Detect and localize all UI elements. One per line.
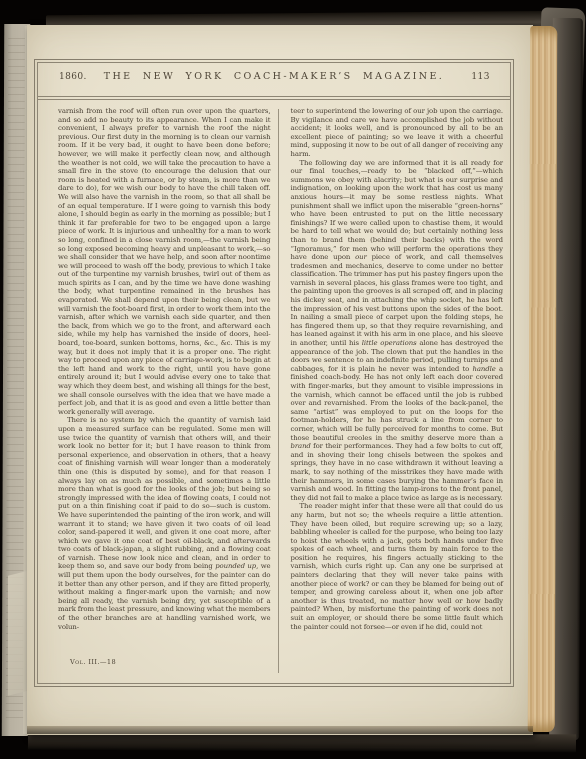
page-border-frame-inner: 1860. THE NEW YORK COACH-MAKER’S MAGAZIN… — [37, 62, 511, 684]
page-stack-fore-edge — [528, 26, 557, 732]
page-border-frame: 1860. THE NEW YORK COACH-MAKER’S MAGAZIN… — [34, 59, 514, 687]
body-paragraph: The following day we are informed that i… — [291, 159, 504, 503]
body-paragraph: There is no system by which the quantity… — [58, 416, 271, 631]
right-column: teer to superintend the lowering of our … — [279, 107, 511, 673]
running-head: 1860. THE NEW YORK COACH-MAKER’S MAGAZIN… — [38, 63, 510, 93]
header-title: THE NEW YORK COACH-MAKER’S MAGAZINE. — [38, 71, 510, 82]
body-paragraph: varnish from the roof will often run ove… — [58, 107, 271, 416]
page-bottom-shadow — [27, 726, 533, 734]
left-column: varnish from the roof will often run ove… — [38, 107, 278, 673]
body-paragraph: teer to superintend the lowering of our … — [291, 107, 504, 159]
text-columns: varnish from the roof will often run ove… — [38, 100, 510, 673]
header-page-number: 113 — [471, 72, 490, 82]
volume-signature-mark: Vol. III.—18 — [70, 658, 116, 666]
photographed-book-scene: 1860. THE NEW YORK COACH-MAKER’S MAGAZIN… — [0, 0, 586, 759]
body-paragraph: The reader might infer that these were a… — [291, 502, 504, 631]
